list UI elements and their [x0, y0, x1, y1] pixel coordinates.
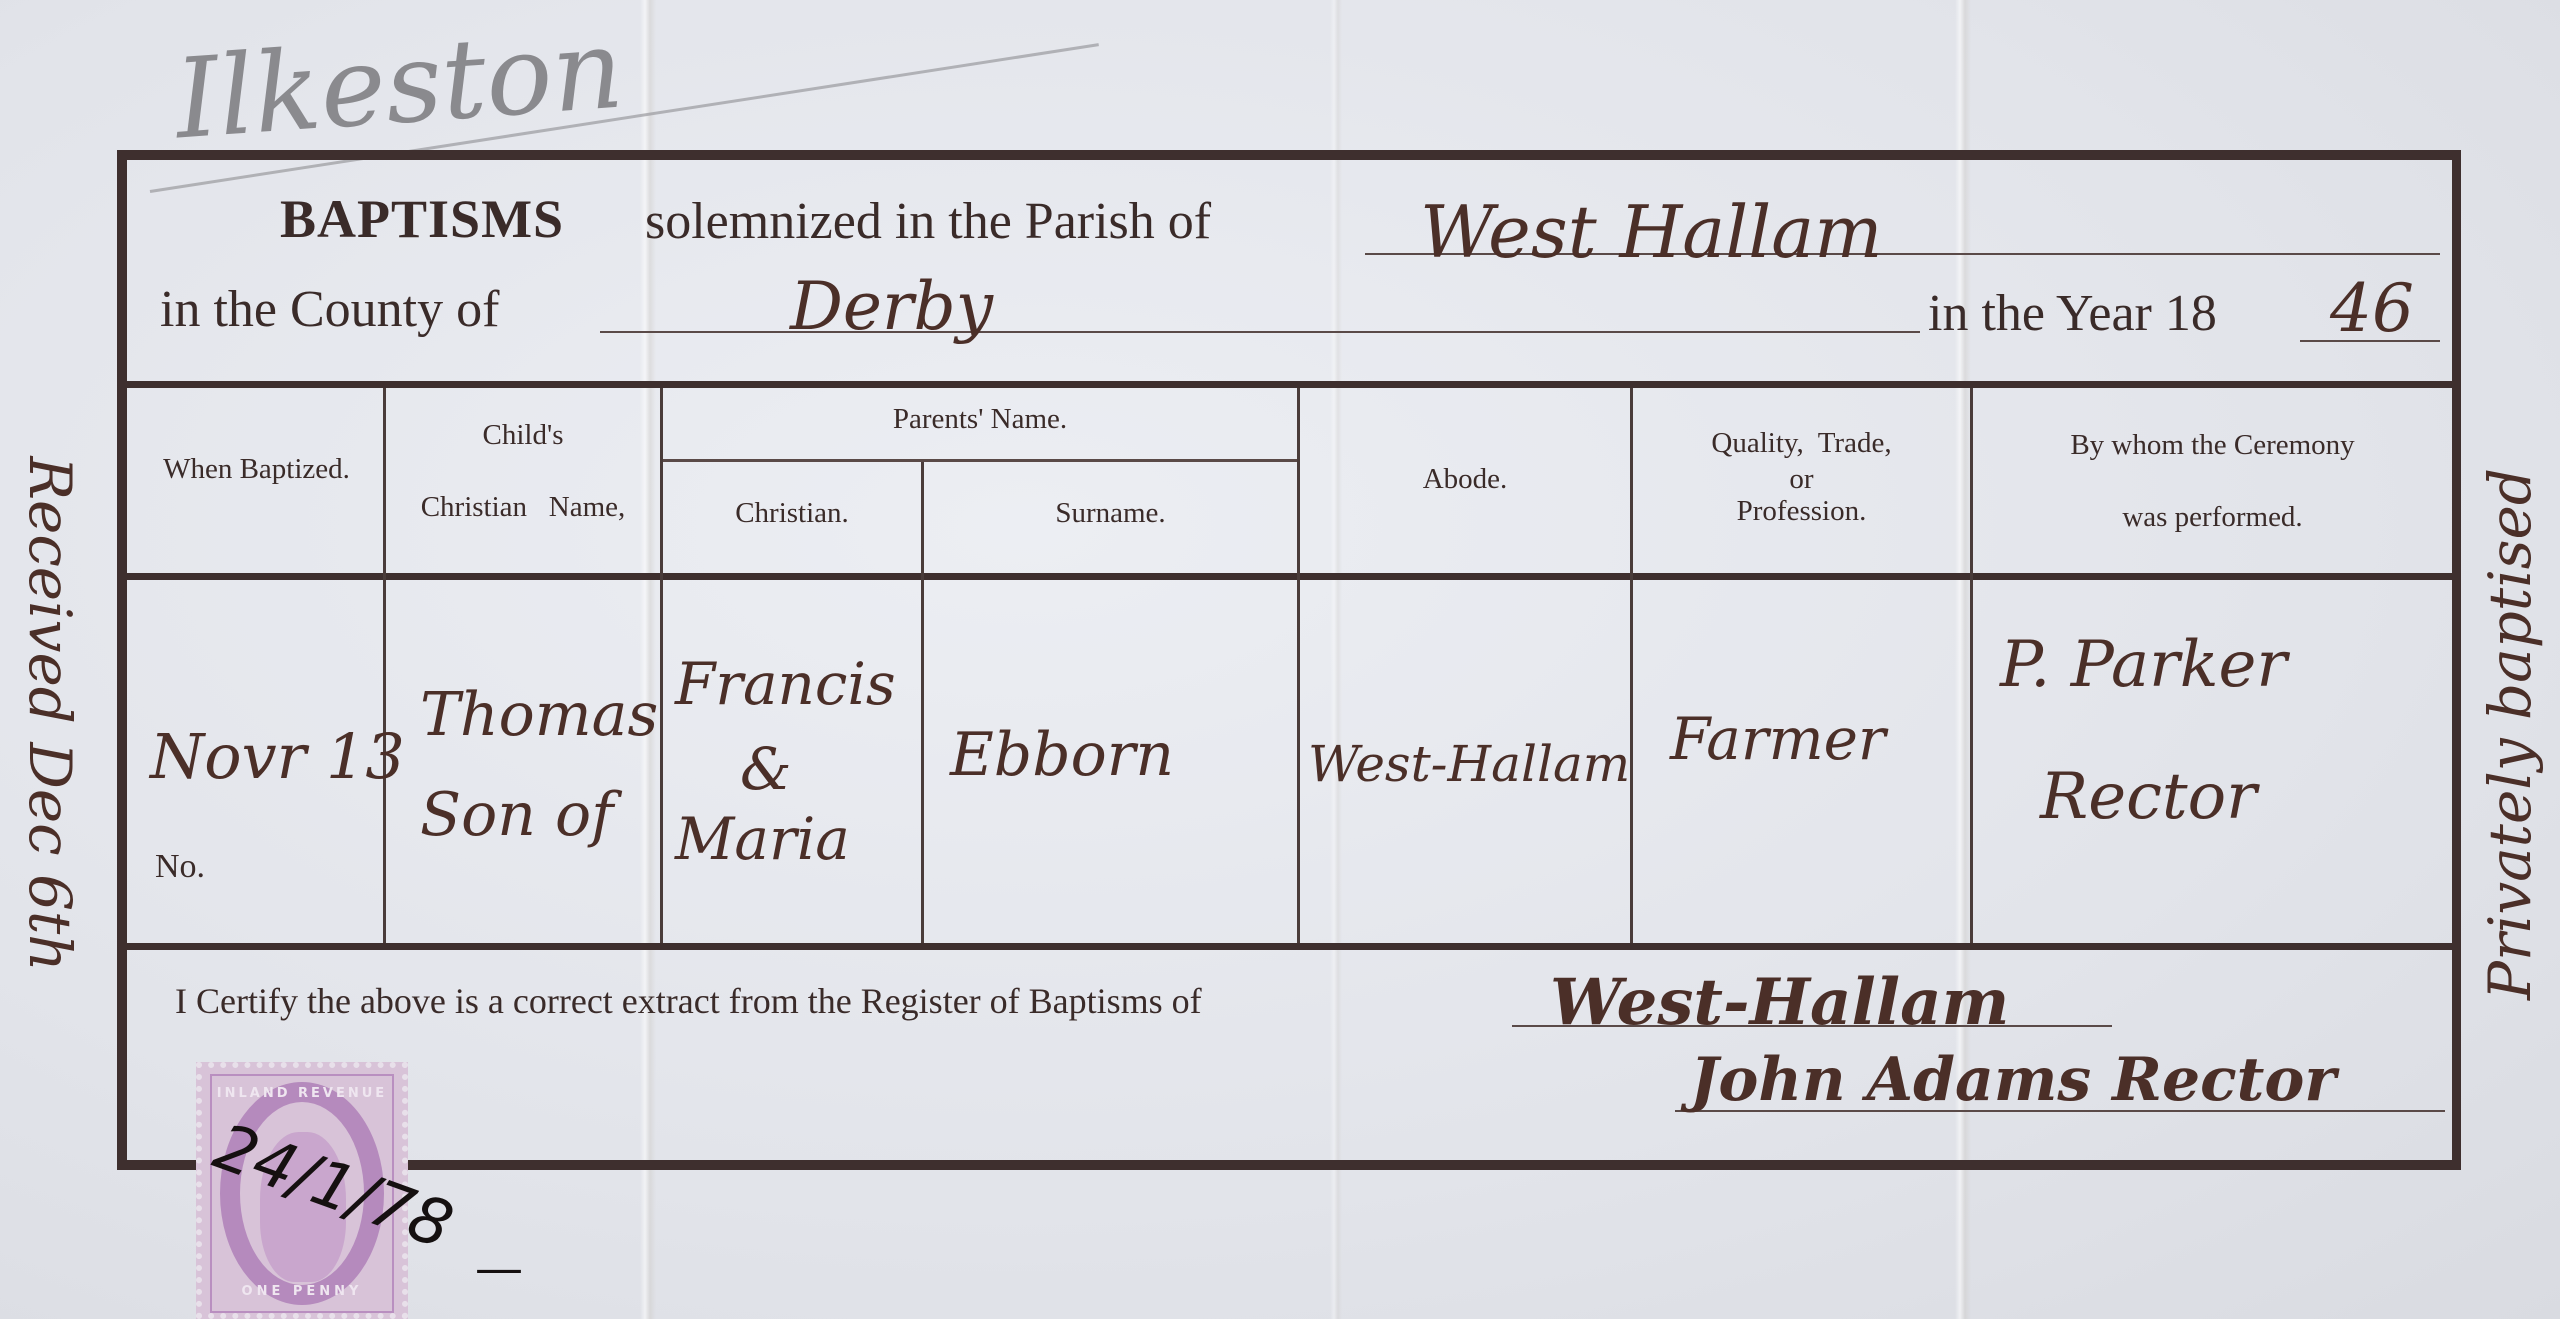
cell-abode: West-Hallam — [1308, 735, 1630, 793]
stamp-bottom-text: ONE PENNY — [202, 1284, 402, 1299]
cell-officiant-name: P. Parker — [2000, 628, 2287, 702]
col-parents-group: Parents' Name. — [663, 402, 1297, 437]
county-value: Derby — [790, 268, 993, 345]
stamp-top-text: INLAND REVENUE — [202, 1086, 402, 1101]
stamp-cancel-tail: — — [475, 1240, 523, 1296]
col-quality-line3: Profession. — [1633, 494, 1970, 529]
col-parents-surname: Surname. — [924, 496, 1297, 531]
margin-note-privately-baptised: Privately baptised — [2476, 434, 2544, 1034]
cell-officiant-title: Rector — [2040, 760, 2257, 834]
certification-text: I Certify the above is a correct extract… — [175, 980, 1202, 1022]
cell-date: Novr 13 — [150, 720, 405, 793]
cell-child-son-of: Son of — [420, 780, 613, 850]
cell-parent-christian-1: Francis — [675, 650, 896, 718]
pencil-annotation-ilkeston: Ilkeston — [171, 5, 627, 164]
cell-parent-christian-2: & — [740, 735, 792, 803]
col-quality-line1: Quality, Trade, — [1633, 426, 1970, 461]
heading-baptisms: BAPTISMS — [280, 188, 564, 250]
cell-profession: Farmer — [1670, 705, 1886, 773]
cell-parent-christian-3: Maria — [675, 805, 850, 873]
year-label: in the Year 18 — [1928, 284, 2217, 343]
year-value: 46 — [2330, 270, 2414, 347]
margin-note-received: Received Dec 6th — [16, 414, 84, 1014]
col-childs-line1: Child's — [386, 418, 660, 453]
col-quality-line2: or — [1633, 462, 1970, 497]
col-parents-christian: Christian. — [663, 496, 921, 531]
col-ceremony-line2: was performed. — [1973, 500, 2452, 535]
col-ceremony-line1: By whom the Ceremony — [1973, 428, 2452, 463]
cell-parent-surname: Ebborn — [950, 720, 1174, 790]
county-label: in the County of — [160, 280, 499, 339]
col-childs-line2: Christian Name, — [386, 490, 660, 525]
heading-solemnized: solemnized in the Parish of — [645, 192, 1211, 251]
certification-signature: John Adams Rector — [1690, 1045, 2336, 1115]
cell-child-name: Thomas — [420, 680, 658, 750]
col-when-baptized: When Baptized. — [130, 452, 383, 487]
parish-value: West Hallam — [1420, 190, 1882, 274]
cell-no-label: No. — [155, 848, 205, 886]
col-abode: Abode. — [1300, 462, 1630, 497]
certification-parish: West-Hallam — [1550, 965, 2009, 1040]
